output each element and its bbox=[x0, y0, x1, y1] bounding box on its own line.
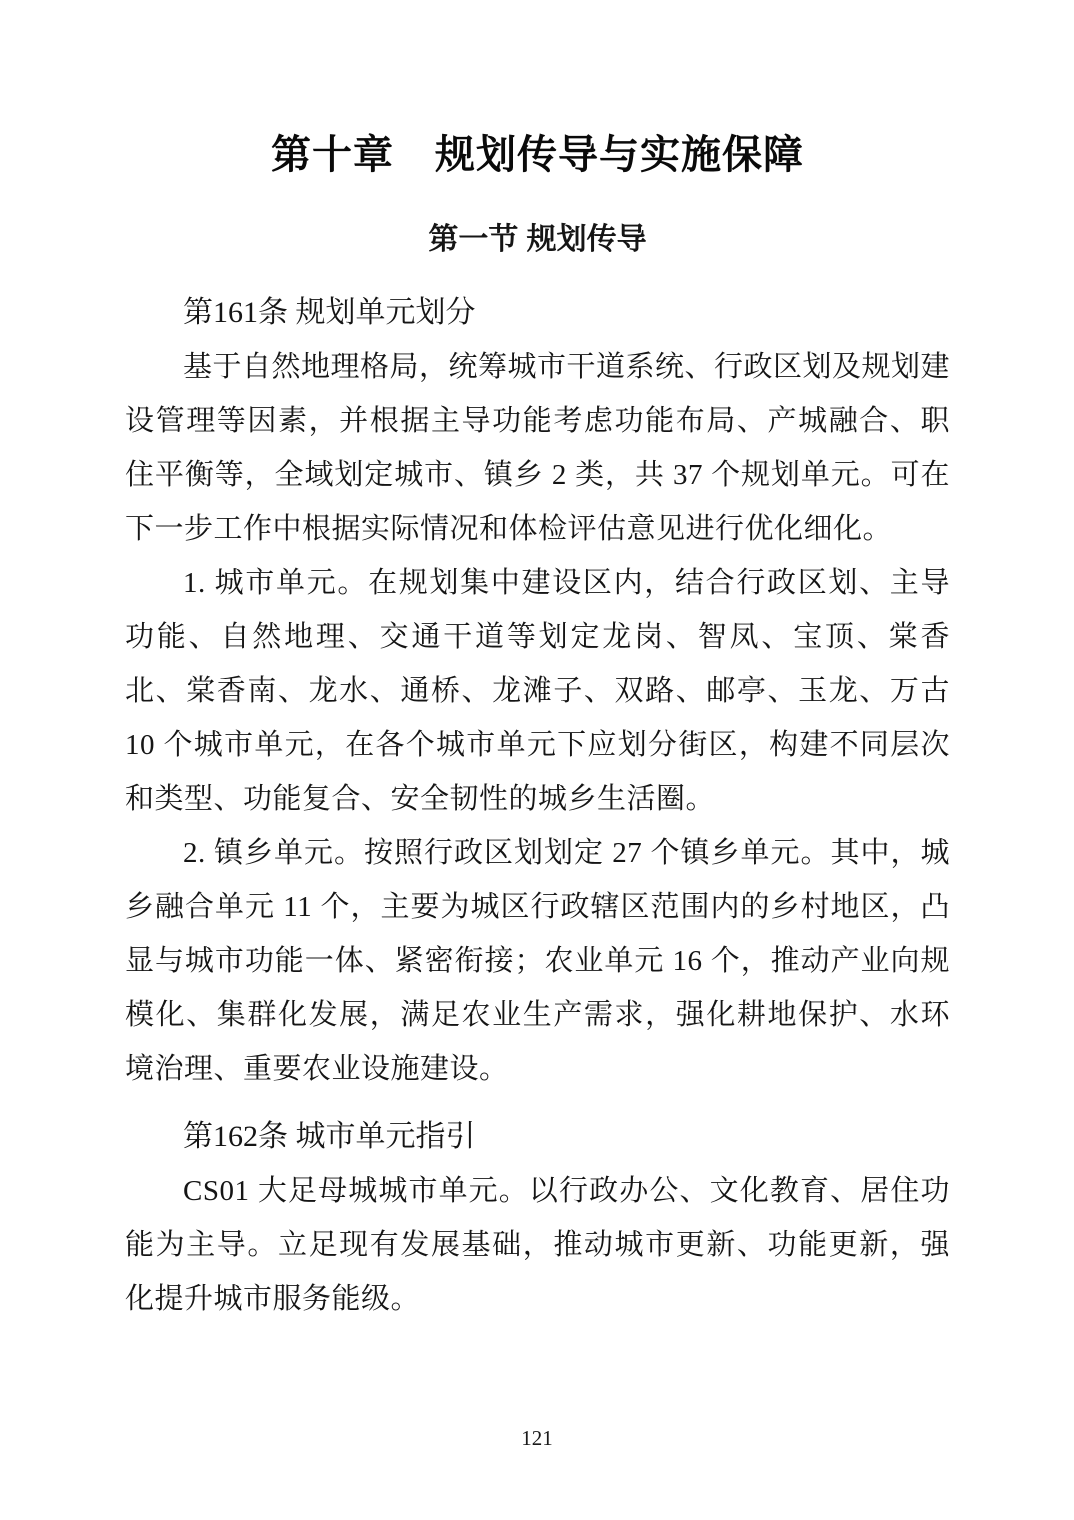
page-number: 121 bbox=[521, 1426, 553, 1450]
article-161-paragraph-2: 1. 城市单元。在规划集中建设区内，结合行政区划、主导功能、自然地理、交通干道等… bbox=[125, 556, 950, 826]
article-161-paragraph-1: 基于自然地理格局，统筹城市干道系统、行政区划及规划建设管理等因素，并根据主导功能… bbox=[125, 340, 950, 556]
article-162-paragraph-1: CS01 大足母城城市单元。以行政办公、文化教育、居住功能为主导。立足现有发展基… bbox=[125, 1164, 950, 1326]
chapter-title: 第十章 规划传导与实施保障 bbox=[125, 130, 950, 180]
article-161-heading: 第161条 规划单元划分 bbox=[125, 286, 950, 340]
page-footer: 121 bbox=[0, 1426, 1074, 1450]
document-page: 第十章 规划传导与实施保障 第一节 规划传导 第161条 规划单元划分 基于自然… bbox=[0, 0, 1074, 1520]
article-161-paragraph-3: 2. 镇乡单元。按照行政区划划定 27 个镇乡单元。其中，城乡融合单元 11 个… bbox=[125, 826, 950, 1096]
section-title: 第一节 规划传导 bbox=[125, 220, 950, 260]
article-162-heading: 第162条 城市单元指引 bbox=[125, 1110, 950, 1164]
